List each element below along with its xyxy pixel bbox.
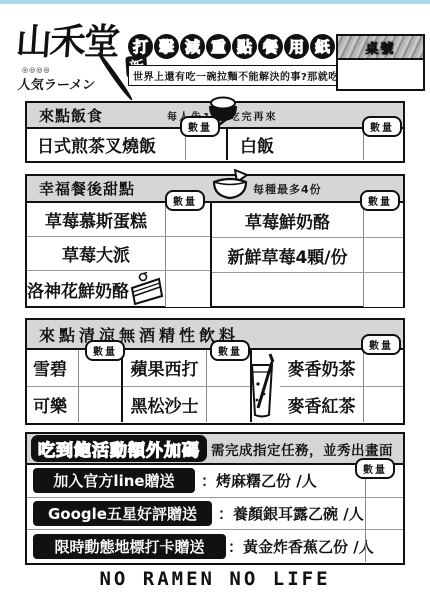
quantity-cell[interactable]: [165, 237, 210, 270]
dessert-note: 每種最多4份: [253, 181, 322, 197]
title-char-circle: 擊: [154, 34, 179, 59]
quantity-badge: 數量: [85, 340, 125, 361]
order-sheet: 山禾堂 ◎◎◎◎ 人気ラーメン 新 打 擊 減 重 點 餐 用 紙 世界上還有吃…: [0, 0, 430, 611]
menu-item: 蘋果西打: [123, 350, 206, 386]
bonus-title-bubble: 吃到飽活動額外加碼: [31, 435, 207, 462]
logo-badges: ◎◎◎◎: [22, 66, 50, 74]
bonus-task-label: 加入官方line贈送: [33, 468, 195, 493]
slogan: 世界上還有吃一碗拉麵不能解決的事?那就吃兩碗!: [128, 65, 370, 86]
title-char-circle: 減: [180, 34, 205, 59]
title-char-circle: 餐: [258, 34, 283, 59]
bonus-task-label: 限時動態地標打卡贈送: [33, 534, 226, 559]
table-number-box: 桌號: [336, 34, 425, 91]
menu-item: 麥香奶茶: [280, 350, 363, 386]
top-strip: [0, 0, 430, 4]
quantity-cell[interactable]: [365, 465, 402, 562]
drinks-title: 來點清涼無酒精性飲料: [27, 323, 239, 346]
logo-text: 山禾堂: [15, 24, 120, 60]
bonus-row: 加入官方line贈送 ：烤麻糬乙份 /人: [27, 465, 403, 497]
menu-item: 可樂: [27, 387, 78, 423]
menu-item: 日式煎茶叉燒飯: [27, 129, 185, 160]
bonus-note: 需完成指定任務，並秀出畫面: [211, 439, 393, 459]
section-bonus: 吃到飽活動額外加碼 需完成指定任務，並秀出畫面 數量 加入官方line贈送 ：烤…: [25, 432, 405, 565]
menu-item: 白飯: [226, 129, 363, 160]
quantity-cell[interactable]: [363, 350, 403, 386]
dessert-row: 草莓大派: [27, 236, 210, 270]
menu-item: 新鮮草莓4顆/份: [212, 238, 363, 272]
menu-item: 草莓大派: [27, 237, 165, 270]
dessert-row: [212, 272, 403, 307]
quantity-cell[interactable]: [78, 387, 121, 423]
quantity-badge: 數量: [210, 340, 250, 361]
menu-item: [212, 273, 363, 307]
menu-item: 雪碧: [27, 350, 78, 386]
page-title: 打 擊 減 重 點 餐 用 紙: [128, 34, 335, 59]
menu-item: 草莓慕斯蛋糕: [27, 203, 165, 236]
quantity-badge: 數量: [165, 190, 205, 211]
dessert-title: 幸福餐後甜點: [27, 178, 135, 199]
section-drinks: 來點清涼無酒精性飲料 數量 數量 數量 雪碧 可樂: [25, 318, 405, 425]
quantity-badge: 數量: [362, 116, 402, 137]
quantity-cell[interactable]: [363, 273, 403, 307]
table-number-header: 桌號: [338, 36, 423, 60]
quantity-badge: 數量: [180, 116, 220, 137]
table-number-input[interactable]: [338, 60, 423, 88]
bonus-reward: ：養顏銀耳露乙碗 /人: [218, 503, 364, 524]
dessert-bowl-icon: [210, 169, 250, 209]
title-char-circle: 重: [206, 34, 231, 59]
quantity-badge: 數量: [355, 458, 395, 479]
section-dessert: 幸福餐後甜點 每種最多4份 數量 數量 草莓慕斯蛋糕 草莓大派: [25, 174, 405, 308]
dessert-row: 洛神花鮮奶酪: [27, 270, 210, 307]
menu-item: 麥香紅茶: [280, 387, 363, 423]
drink-glass-icon: [249, 352, 277, 424]
quantity-cell[interactable]: [363, 387, 403, 423]
bonus-row: Google五星好評贈送 ：養顏銀耳露乙碗 /人: [27, 497, 403, 530]
cake-slice-icon: [129, 271, 165, 307]
quantity-cell[interactable]: [363, 238, 403, 272]
title-char-circle: 紙: [310, 34, 335, 59]
rice-title: 來點飯食: [27, 105, 103, 126]
section-rice: 來點飯食 每人先1碗 吃完再來 數量 數量 日式煎茶叉燒飯 白飯: [25, 101, 405, 163]
quantity-cell[interactable]: [206, 387, 250, 423]
quantity-cell[interactable]: [165, 271, 210, 307]
footer-slogan: NO RAMEN NO LIFE: [0, 568, 430, 590]
quantity-badge: 數量: [360, 190, 400, 211]
bonus-header: 吃到飽活動額外加碼 需完成指定任務，並秀出畫面: [27, 434, 403, 465]
bonus-row: 限時動態地標打卡贈送 ：黃金炸香蕉乙份 /人: [27, 529, 403, 562]
title-char-circle: 打: [128, 34, 153, 59]
quantity-badge: 數量: [361, 334, 401, 355]
bonus-reward: ：黃金炸香蕉乙份 /人: [228, 536, 374, 557]
dessert-row: 新鮮草莓4顆/份: [212, 237, 403, 272]
bonus-title: 吃到飽活動額外加碼: [38, 441, 200, 461]
title-char-circle: 點: [232, 34, 257, 59]
bonus-task-label: Google五星好評贈送: [33, 501, 212, 526]
bonus-reward: ：烤麻糬乙份 /人: [201, 470, 317, 491]
menu-item: 黑松沙士: [123, 387, 206, 423]
title-char-circle: 用: [284, 34, 309, 59]
menu-item: 洛神花鮮奶酪: [27, 271, 129, 307]
logo-subtitle: 人気ラーメン: [17, 74, 96, 93]
restaurant-logo: 山禾堂 ◎◎◎◎ 人気ラーメン 新: [14, 26, 136, 92]
